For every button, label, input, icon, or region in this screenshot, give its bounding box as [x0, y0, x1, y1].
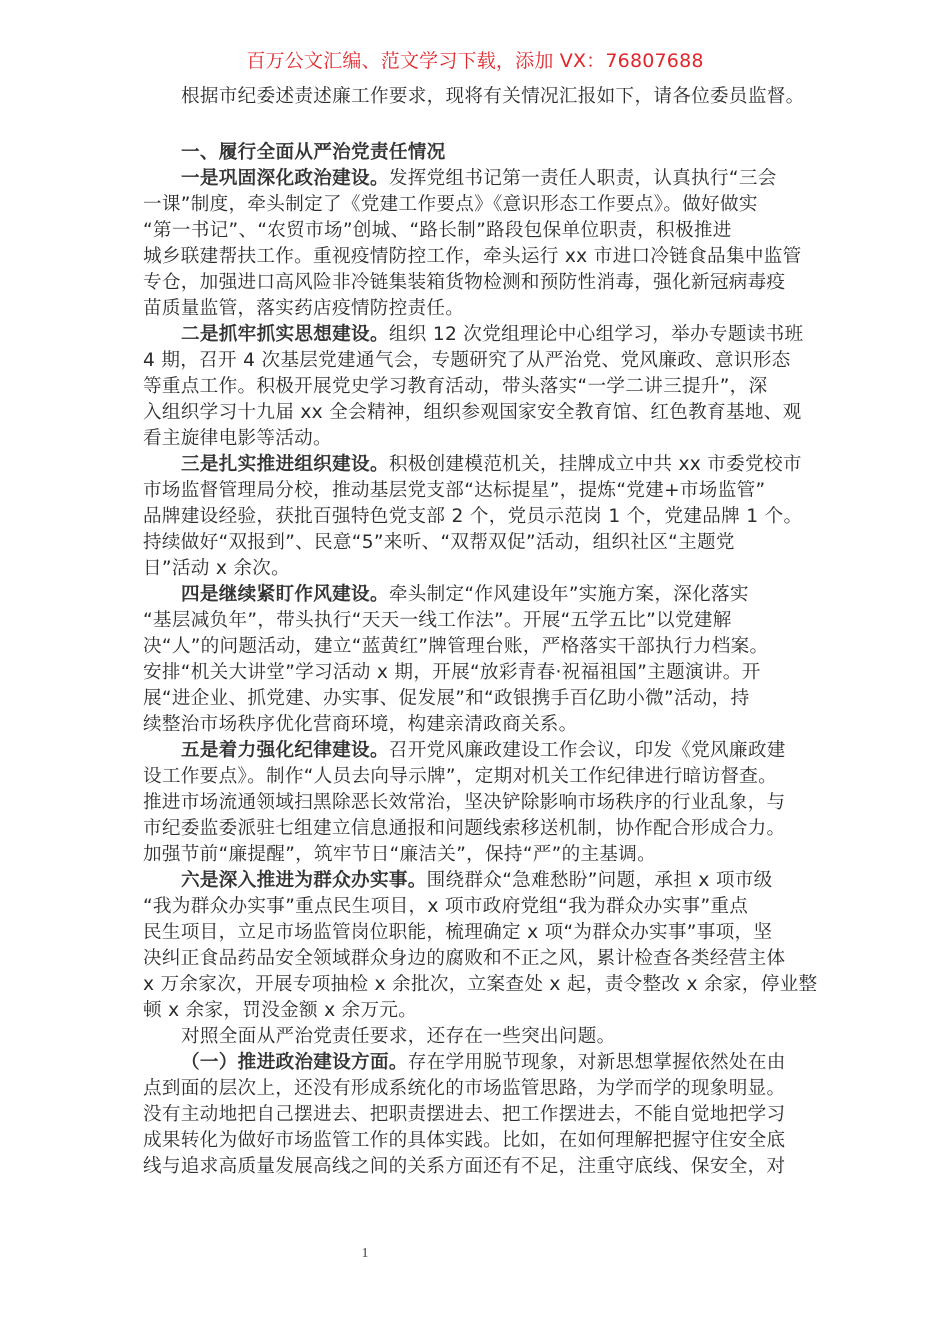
problems-intro: 对照全面从严治党责任要求，还存在一些突出问题。: [143, 1024, 803, 1050]
text-line: 安排“机关大讲堂”学习活动 x 期，开展“放彩青春·祝福祖国”主题演讲。开: [143, 660, 803, 686]
text-line: 入组织学习十九届 xx 全会精神，组织参观国家安全教育馆、红色教育基地、观: [143, 400, 803, 426]
text-line: 决纠正食品药品安全领域群众身边的腐败和不正之风，累计检查各类经营主体: [143, 946, 803, 972]
text-line: 续整治市场秩序优化营商环境，构建亲清政商关系。: [143, 712, 803, 738]
text-line: 民生项目，立足市场监管岗位职能，梳理确定 x 项“为群众办实事”事项，坚: [143, 920, 803, 946]
paragraph-lead: 二是抓牢抓实思想建设。: [181, 324, 389, 345]
document-body: 根据市纪委述责述廉工作要求，现将有关情况汇报如下，请各位委员监督。 一、履行全面…: [143, 84, 803, 1180]
page-number: 1: [355, 1246, 375, 1262]
spacer: [143, 110, 803, 140]
text-line: x 万余家次，开展专项抽检 x 余批次，立案查处 x 起，责令整改 x 余家，停…: [143, 972, 803, 998]
paragraph-organizational-building: 三是扎实推进组织建设。积极创建模范机关，挂牌成立中共 xx 市委党校市 市场监督…: [143, 452, 803, 582]
paragraph-lead: 四是继续紧盯作风建设。: [181, 584, 389, 605]
text-line: 日”活动 x 余次。: [143, 556, 803, 582]
paragraph-lead: （一）推进政治建设方面。: [181, 1052, 408, 1073]
text-line: 决“人”的问题活动，建立“蓝黄红”牌管理台账，严格落实干部执行力档案。: [143, 634, 803, 660]
text-line: 市场监督管理局分校，推动基层党支部“达标提星”，提炼“党建+市场监管”: [143, 478, 803, 504]
text-line: “基层减负年”，带头执行“天天一线工作法”。开展“五学五比”以党建解: [143, 608, 803, 634]
paragraph-work-style-building: 四是继续紧盯作风建设。牵头制定“作风建设年”实施方案，深化落实 “基层减负年”，…: [143, 582, 803, 738]
text-line: 顿 x 余家，罚没金额 x 余万元。: [143, 998, 803, 1024]
text-line: 市纪委监委派驻七组建立信息通报和问题线索移送机制，协作配合形成合力。: [143, 816, 803, 842]
paragraph-ideological-building: 二是抓牢抓实思想建设。组织 12 次党组理论中心组学习，举办专题读书班 4 期，…: [143, 322, 803, 452]
text-line: 推进市场流通领域扫黑除恶长效常治，坚决铲除影响市场秩序的行业乱象，与: [143, 790, 803, 816]
text-line: 苗质量监管，落实药店疫情防控责任。: [143, 296, 803, 322]
text-line: 城乡联建帮扶工作。重视疫情防控工作，牵头运行 xx 市进口冷链食品集中监管: [143, 244, 803, 270]
text-line: 成果转化为做好市场监管工作的具体实践。比如，在如何理解把握守住安全底: [143, 1128, 803, 1154]
section-heading: 一、履行全面从严治党责任情况: [143, 140, 803, 166]
paragraph-discipline-building: 五是着力强化纪律建设。召开党风廉政建设工作会议，印发《党风廉政建 设工作要点》。…: [143, 738, 803, 868]
text-line: 品牌建设经验，获批百强特色党支部 2 个，党员示范岗 1 个，党建品牌 1 个。: [143, 504, 803, 530]
paragraph-lead: 三是扎实推进组织建设。: [181, 454, 389, 475]
watermark-banner: 百万公文汇编、范文学习下载，添加 VX：76807688: [0, 46, 950, 73]
text-line: 组织 12 次党组理论中心组学习，举办专题读书班: [389, 324, 804, 345]
text-line: 牵头制定“作风建设年”实施方案，深化落实: [389, 584, 749, 605]
text-line: 一课”制度，牵头制定了《党建工作要点》《意识形态工作要点》。做好做实: [143, 192, 803, 218]
text-line: 看主旋律电影等活动。: [143, 426, 803, 452]
text-line: 发挥党组书记第一责任人职责，认真执行“三会: [389, 168, 777, 189]
paragraph-lead: 五是着力强化纪律建设。: [181, 740, 389, 761]
paragraph-lead: 六是深入推进为群众办实事。: [181, 870, 427, 891]
paragraph-serving-the-people: 六是深入推进为群众办实事。围绕群众“急难愁盼”问题，承担 x 项市级 “我为群众…: [143, 868, 803, 1024]
text-line: “第一书记”、“农贸市场”创城、“路长制”路段包保单位职责，积极推进: [143, 218, 803, 244]
text-line: 4 期，召开 4 次基层党建通气会，专题研究了从严治党、党风廉政、意识形态: [143, 348, 803, 374]
text-line: 积极创建模范机关，挂牌成立中共 xx 市委党校市: [389, 454, 802, 475]
text-line: 持续做好“双报到”、民意“5”来听、“双帮双促”活动，组织社区“主题党: [143, 530, 803, 556]
paragraph-lead: 一是巩固深化政治建设。: [181, 168, 389, 189]
text-line: 没有主动地把自己摆进去、把职责摆进去、把工作摆进去，不能自觉地把学习: [143, 1102, 803, 1128]
text-line: 召开党风廉政建设工作会议，印发《党风廉政建: [389, 740, 786, 761]
text-line: 线与追求高质量发展高线之间的关系方面还有不足，注重守底线、保安全，对: [143, 1154, 803, 1180]
paragraph-political-building: 一是巩固深化政治建设。发挥党组书记第一责任人职责，认真执行“三会 一课”制度，牵…: [143, 166, 803, 322]
text-line: 围绕群众“急难愁盼”问题，承担 x 项市级: [427, 870, 773, 891]
text-line: “我为群众办实事”重点民生项目，x 项市政府党组“我为群众办实事”重点: [143, 894, 803, 920]
text-line: 加强节前“廉提醒”，筑牢节日“廉洁关”，保持“严”的主基调。: [143, 842, 803, 868]
text-line: 专仓，加强进口高风险非冷链集装箱货物检测和预防性消毒，强化新冠病毒疫: [143, 270, 803, 296]
intro-paragraph: 根据市纪委述责述廉工作要求，现将有关情况汇报如下，请各位委员监督。: [143, 84, 803, 110]
text-line: 展“进企业、抓党建、办实事、促发展”和“政银携手百亿助小微”活动，持: [143, 686, 803, 712]
text-line: 存在学用脱节现象，对新思想掌握依然处在由: [408, 1052, 786, 1073]
text-line: 等重点工作。积极开展党史学习教育活动，带头落实“一学二讲三提升”，深: [143, 374, 803, 400]
paragraph-problem-political: （一）推进政治建设方面。存在学用脱节现象，对新思想掌握依然处在由 点到面的层次上…: [143, 1050, 803, 1180]
text-line: 点到面的层次上，还没有形成系统化的市场监管思路，为学而学的现象明显。: [143, 1076, 803, 1102]
text-line: 设工作要点》。制作“人员去向导示牌”，定期对机关工作纪律进行暗访督查。: [143, 764, 803, 790]
